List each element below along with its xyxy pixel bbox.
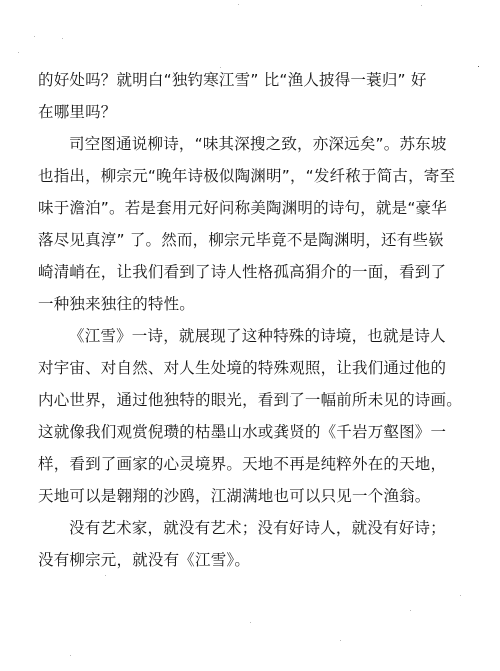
- scan-speck: [340, 640, 341, 641]
- scan-speck: [290, 396, 291, 397]
- scan-speck: [18, 52, 19, 53]
- text-line-10: 对宇宙、对自然、对人生处境的特殊观照，让我们通过他的: [38, 358, 446, 378]
- text-line-16: 没有柳宗元，就没有《江雪》。: [38, 550, 250, 570]
- text-line-14: 天地可以是翱翔的沙鸥，江湖满地也可以只见一个渔翁。: [38, 486, 431, 506]
- text-line-4: 也指出，柳宗元“晚年诗极似陶渊明”，“发纤秾于简古，寄至: [38, 166, 455, 186]
- text-line-11: 内心世界，通过他独特的眼光，看到了一幅前所未见的诗画。: [38, 390, 462, 410]
- text-line-7: 崎清峭在，让我们看到了诗人性格孤高狷介的一面，看到了: [38, 262, 446, 282]
- scan-speck: [70, 655, 71, 656]
- text-line-3: 司空图通说柳诗，“味其深搜之致，亦深远矣”。苏东坡: [69, 134, 447, 154]
- text-line-9: 《江雪》一诗，就展现了这种特殊的诗境，也就是诗人: [69, 326, 446, 346]
- text-line-12: 这就像我们观赏倪瓒的枯墨山水或龚贤的《千岩万壑图》一: [38, 422, 446, 442]
- scan-speck: [62, 38, 63, 39]
- text-line-5: 味于澹泊”。若是套用元好问称美陶渊明的诗句，就是“豪华: [38, 198, 447, 218]
- text-line-15: 没有艺术家，就没有艺术；没有好诗人，就没有好诗；: [69, 518, 446, 538]
- scan-speck: [105, 575, 106, 576]
- text-line-8: 一种独来独往的特性。: [38, 294, 195, 314]
- scan-speck: [238, 4, 239, 5]
- scan-speck: [34, 36, 35, 37]
- scan-speck: [460, 595, 461, 596]
- text-line-1: 的好处吗？就明白“独钓寒江雪” 比“渔人披得一蓑归” 好: [38, 70, 427, 90]
- text-line-13: 样，看到了画家的心灵境界。天地不再是纯粹外在的天地，: [38, 454, 446, 474]
- scan-speck: [250, 622, 251, 623]
- scanned-book-page: 的好处吗？就明白“独钓寒江雪” 比“渔人披得一蓑归” 好 在哪里吗？ 司空图通说…: [0, 0, 500, 671]
- scan-speck: [421, 5, 422, 6]
- scan-speck: [220, 67, 221, 68]
- text-line-6: 落尽见真淳” 了。然而，柳宗元毕竟不是陶渊明，还有些嵚: [38, 230, 444, 250]
- text-line-2: 在哪里吗？: [38, 102, 117, 122]
- scan-speck: [410, 610, 411, 611]
- scan-speck: [478, 66, 479, 67]
